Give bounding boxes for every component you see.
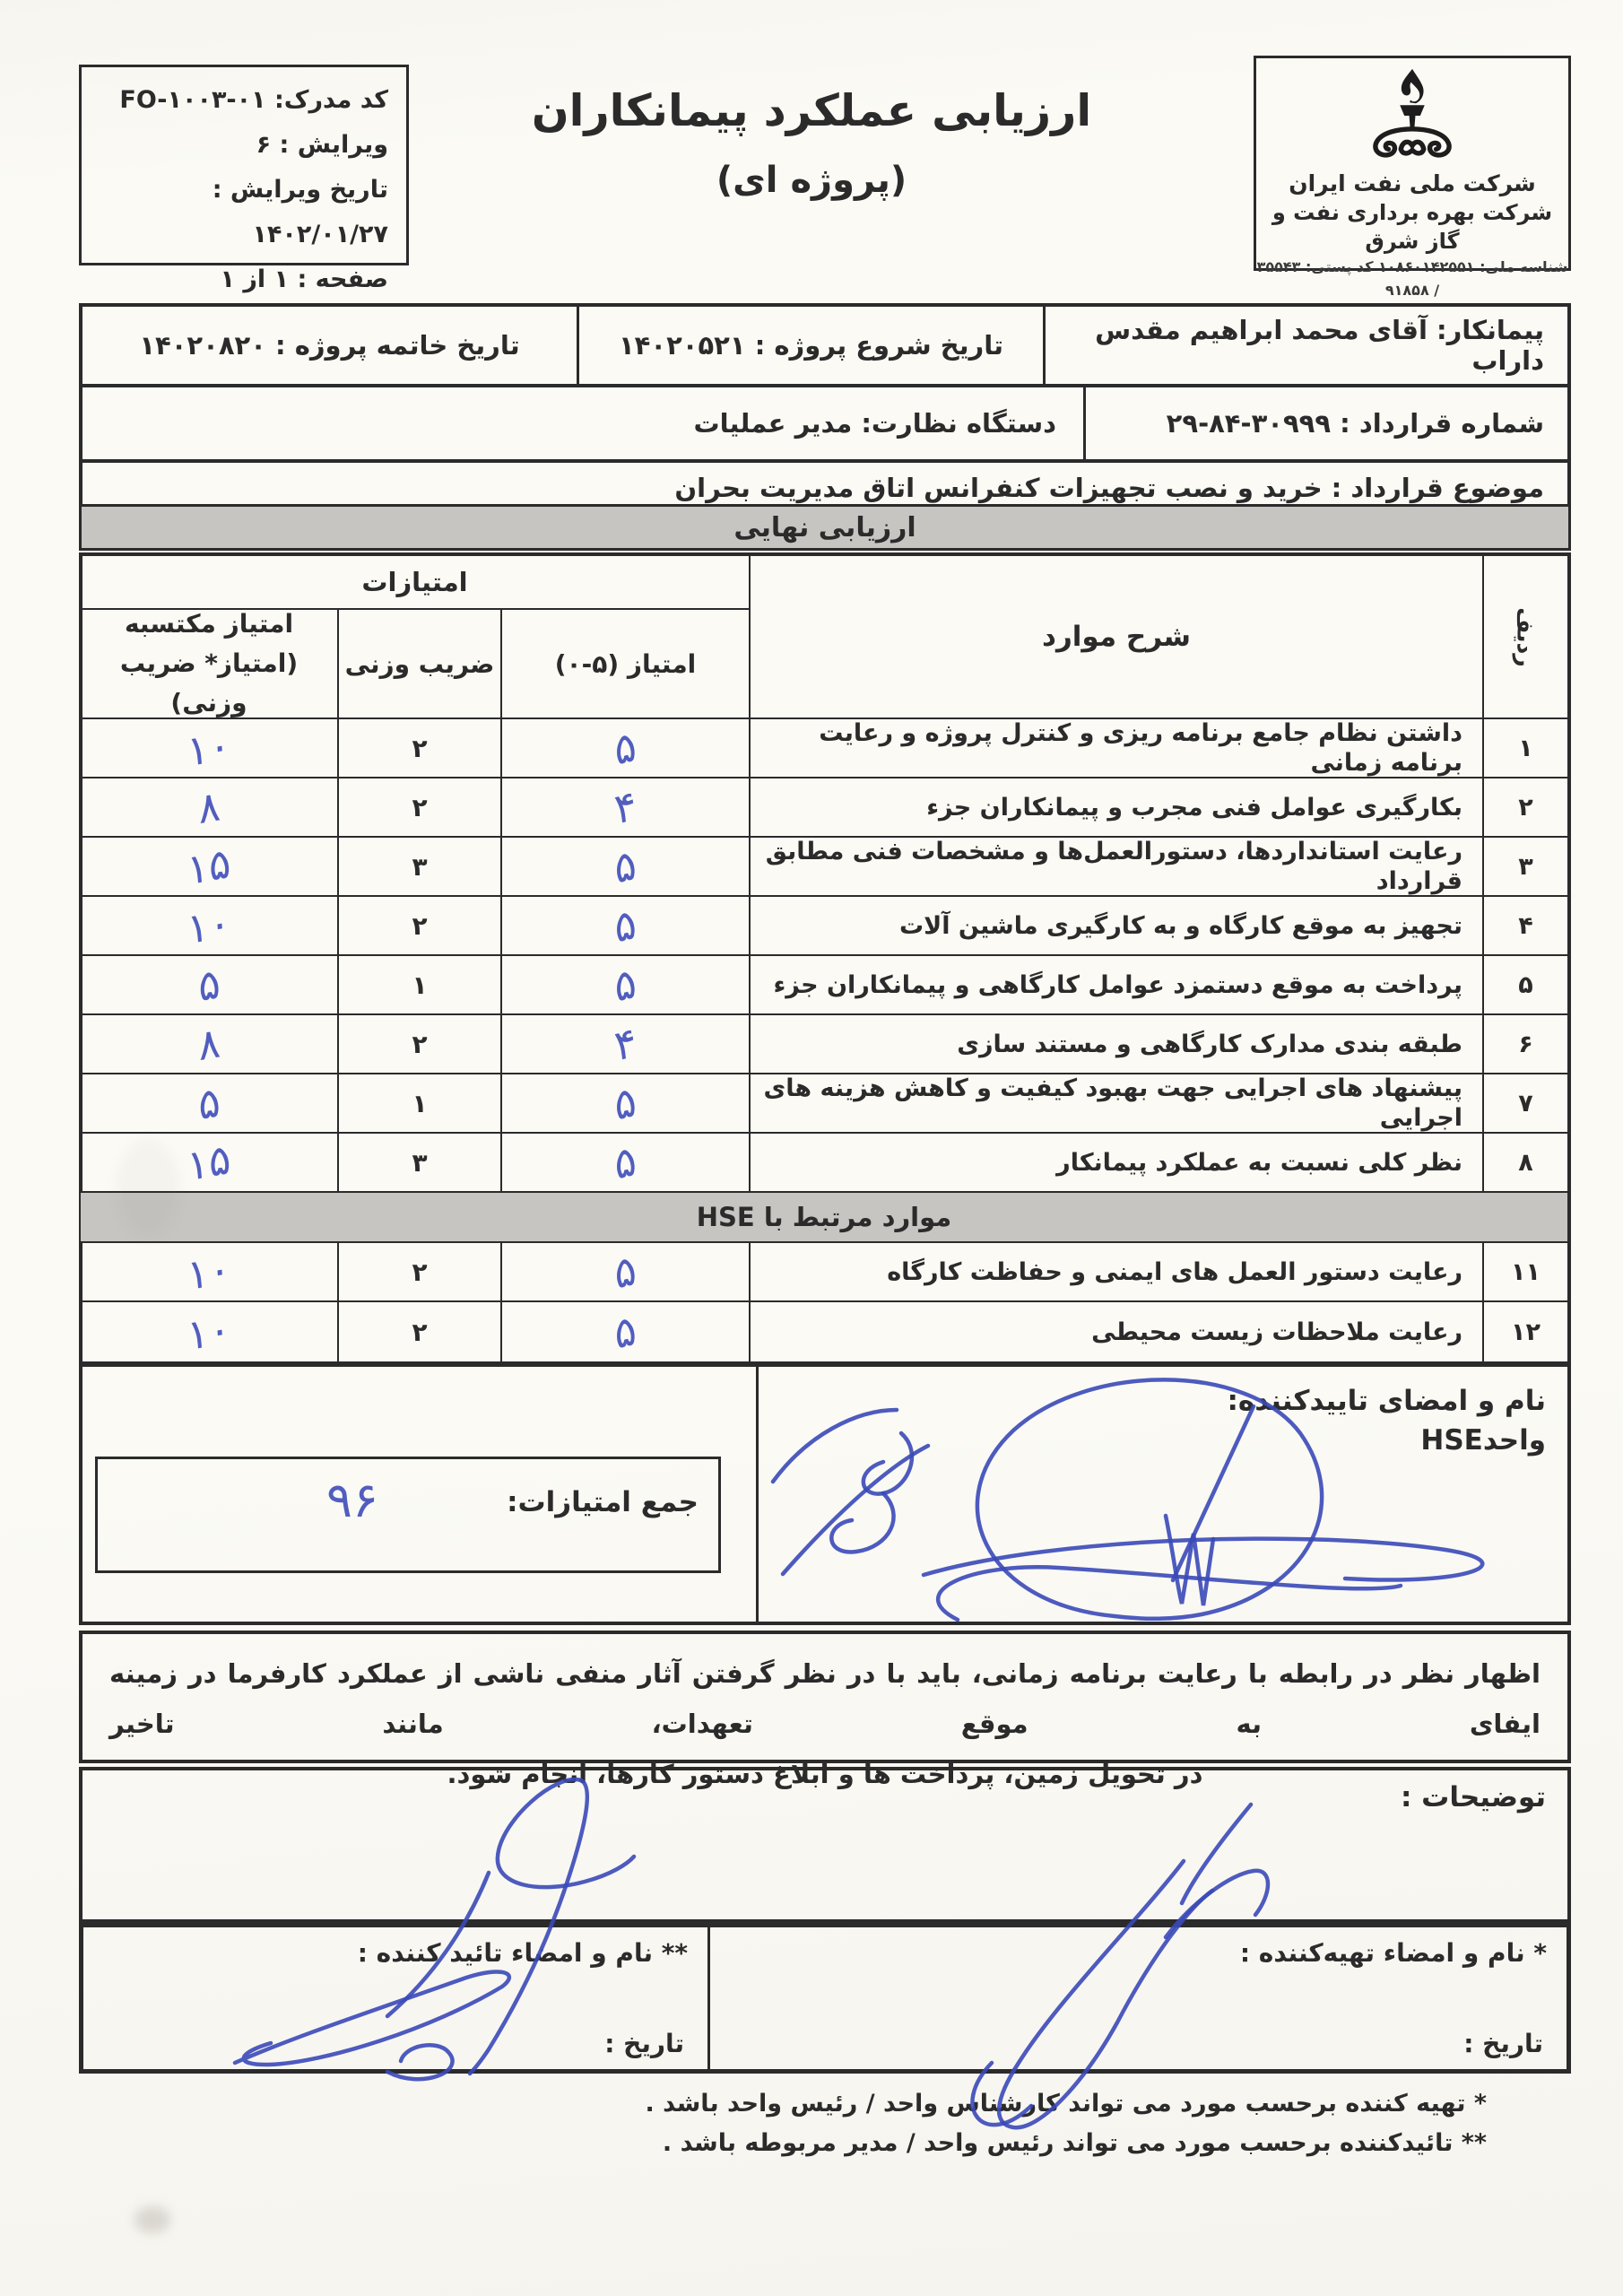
score-cell: ۵	[500, 1134, 749, 1193]
revision-line: ویرایش : ۶	[89, 123, 388, 168]
row-number: ۳	[1482, 838, 1567, 897]
handwritten-score: ۴	[612, 780, 639, 834]
score-cell: ۵	[500, 956, 749, 1015]
header-scores-group: امتیازات	[81, 556, 749, 610]
earned-cell: ۵	[81, 956, 337, 1015]
weight-value: ۲	[337, 897, 500, 956]
handwritten-earned-score: ۸	[196, 781, 221, 833]
scan-mark	[135, 2206, 170, 2233]
total-score-value: ۹۶	[326, 1472, 378, 1528]
note-line1: اظهار نظر در رابطه با رعایت برنامه زمانی…	[109, 1648, 1541, 1749]
score-cell: ۵	[500, 1074, 749, 1134]
contractor-evaluation-form: کد مدرک: FO-۱۰۰۳-۰۱ ویرایش : ۶ تاریخ ویر…	[0, 0, 1623, 2296]
score-cell: ۵	[500, 1243, 749, 1302]
preparer-label: * نام و امضاء تهیه‌کننده :	[730, 1938, 1547, 1968]
total-score-cell: جمع امتیازات: ۹۶	[82, 1367, 756, 1622]
row-description: رعایت ملاحظات زیست محیطی	[749, 1302, 1482, 1361]
handwritten-score: ۵	[612, 1305, 639, 1359]
row-description: طبقه بندی مدارک کارگاهی و مستند سازی	[749, 1015, 1482, 1074]
form-title: ارزیابی عملکرد پیمانکاران (پروژه ای)	[471, 85, 1152, 201]
doc-code-value: FO-۱۰۰۳-۰۱	[119, 78, 265, 123]
earned-cell: ۱۰	[81, 719, 337, 778]
handwritten-earned-score: ۱۵	[186, 839, 232, 895]
contract-info-row-2: شماره قرارداد : ۳۰۹۹۹-۸۴-۲۹ دستگاه نظارت…	[82, 384, 1567, 459]
final-evaluation-band: ارزیابی نهایی	[79, 504, 1571, 551]
header-score: امتیاز (۵-۰)	[500, 610, 749, 719]
row-description: پرداخت به موقع دستمزد عوامل کارگاهی و پی…	[749, 956, 1482, 1015]
score-cell: ۵	[500, 1302, 749, 1361]
row-number: ۶	[1482, 1015, 1567, 1074]
weight-value: ۱	[337, 1074, 500, 1134]
company-header-box: شرکت ملی نفت ایران شرکت بهره برداری نفت …	[1254, 56, 1571, 271]
project-end-date-field: تاریخ خاتمه پروژه : ۱۴۰۲۰۸۲۰	[82, 307, 577, 384]
handwritten-earned-score: ۱۰	[186, 898, 232, 954]
earned-cell: ۵	[81, 1074, 337, 1134]
row-number: ۴	[1482, 897, 1567, 956]
header-earned-score: امتیاز مکتسبه (امتیاز* ضریب وزنی)	[81, 610, 337, 719]
preparer-date-label: تاریخ :	[1463, 2029, 1543, 2058]
contract-number-field: شماره قرارداد : ۳۰۹۹۹-۸۴-۲۹	[1083, 387, 1567, 459]
row-description: نظر کلی نسبت به عملکرد پیمانکار	[749, 1134, 1482, 1193]
evaluation-table: ردیف شرح موارد امتیازات امتیاز (۵-۰) ضری…	[79, 552, 1571, 1365]
handwritten-score: ۴	[612, 1017, 639, 1071]
total-score-box: جمع امتیازات: ۹۶	[95, 1457, 721, 1573]
company-name-1: شرکت ملی نفت ایران	[1256, 170, 1568, 198]
form-title-line2: (پروژه ای)	[471, 160, 1152, 201]
approval-total-section: نام و امضای تاییدکننده: واحدHSE جمع امتی…	[79, 1363, 1571, 1625]
weight-value: ۲	[337, 1015, 500, 1074]
header-weight: ضریب وزنی	[337, 610, 500, 719]
supervision-unit-field: دستگاه نظارت: مدیر عملیات	[82, 387, 1083, 459]
handwritten-score: ۵	[612, 1076, 639, 1130]
handwritten-earned-score: ۱۰	[186, 1304, 232, 1361]
row-description: داشتن نظام جامع برنامه ریزی و کنترل پروژ…	[749, 719, 1482, 778]
score-cell: ۴	[500, 1015, 749, 1074]
preparer-cell: * نام و امضاء تهیه‌کننده : تاریخ :	[707, 1927, 1567, 2069]
weight-value: ۲	[337, 719, 500, 778]
total-score-label: جمع امتیازات:	[507, 1486, 699, 1518]
row-description: بکارگیری عوامل فنی مجرب و پیمانکاران جزء	[749, 778, 1482, 838]
confirmer-label: ** نام و امضاء تائید کننده :	[103, 1938, 688, 1968]
weight-value: ۳	[337, 838, 500, 897]
score-cell: ۵	[500, 838, 749, 897]
handwritten-earned-score: ۵	[196, 1077, 221, 1129]
header-earned-line1: امتیاز مکتسبه	[125, 604, 293, 644]
weight-value: ۲	[337, 778, 500, 838]
nioc-torch-logo-icon	[1359, 64, 1465, 170]
weight-value: ۲	[337, 1302, 500, 1361]
handwritten-score: ۵	[612, 721, 639, 775]
contract-info-row-1: پیمانکار: آقای محمد ابراهیم مقدس داراب ت…	[82, 307, 1567, 384]
doc-code-line: کد مدرک: FO-۱۰۰۳-۰۱	[89, 78, 388, 123]
footnote-preparer: * تهیه کننده برحسب مورد می تواند کارشناس…	[79, 2090, 1487, 2118]
earned-cell: ۸	[81, 1015, 337, 1074]
hse-band: موارد مرتبط با HSE	[81, 1193, 1567, 1243]
document-meta-box: کد مدرک: FO-۱۰۰۳-۰۱ ویرایش : ۶ تاریخ ویر…	[79, 65, 409, 265]
handwritten-score: ۵	[612, 958, 639, 1012]
score-cell: ۵	[500, 897, 749, 956]
handwritten-earned-score: ۱۰	[186, 1244, 232, 1300]
row-number: ۱۱	[1482, 1243, 1567, 1302]
weight-value: ۲	[337, 1243, 500, 1302]
row-number: ۱	[1482, 719, 1567, 778]
score-cell: ۵	[500, 719, 749, 778]
row-number: ۱۲	[1482, 1302, 1567, 1361]
handwritten-score: ۵	[612, 839, 639, 893]
scan-smudge	[117, 1139, 179, 1238]
handwritten-earned-score: ۸	[196, 1018, 221, 1070]
hse-approver-cell: نام و امضای تاییدکننده: واحدHSE	[756, 1367, 1567, 1622]
contract-info-table: پیمانکار: آقای محمد ابراهیم مقدس داراب ت…	[79, 303, 1571, 517]
company-name-2: شرکت بهره برداری نفت و گاز شرق	[1256, 198, 1568, 256]
footnote-confirmer: ** تائیدکننده برحسب مورد می تواند رئیس و…	[79, 2129, 1487, 2157]
contractor-field: پیمانکار: آقای محمد ابراهیم مقدس داراب	[1043, 307, 1567, 384]
row-description: رعایت استانداردها، دستورالعمل‌ها و مشخصا…	[749, 838, 1482, 897]
remarks-box: توضیحات :	[79, 1767, 1571, 1923]
approver-label: نام و امضای تاییدکننده:	[780, 1381, 1546, 1421]
handwritten-earned-score: ۱۵	[186, 1135, 232, 1191]
remarks-label: توضیحات :	[104, 1781, 1546, 1813]
weight-value: ۱	[337, 956, 500, 1015]
weight-value: ۳	[337, 1134, 500, 1193]
project-start-date-field: تاریخ شروع پروژه : ۱۴۰۲۰۵۲۱	[577, 307, 1043, 384]
row-number: ۷	[1482, 1074, 1567, 1134]
header-description: شرح موارد	[749, 556, 1482, 719]
earned-cell: ۱۰	[81, 1302, 337, 1361]
header-earned-line2: (امتیاز* ضریب وزنی)	[81, 644, 337, 723]
row-number: ۵	[1482, 956, 1567, 1015]
handwritten-earned-score: ۱۰	[186, 720, 232, 777]
row-number: ۲	[1482, 778, 1567, 838]
handwritten-score: ۵	[612, 1135, 639, 1189]
row-description: پیشنهاد های اجرایی جهت بهبود کیفیت و کاه…	[749, 1074, 1482, 1134]
approver-unit-label: واحدHSE	[780, 1421, 1546, 1460]
earned-cell: ۱۵	[81, 838, 337, 897]
earned-cell: ۸	[81, 778, 337, 838]
handwritten-score: ۵	[612, 1245, 639, 1299]
score-cell: ۴	[500, 778, 749, 838]
earned-cell: ۱۰	[81, 1243, 337, 1302]
company-registration-line: شناسه ملی: ۱۰۸۶۰۱۴۲۵۵۱ کد پستی: ۳۵۵۴۳ / …	[1256, 256, 1568, 302]
row-description: تجهیز به موقع کارگاه و به کارگیری ماشین …	[749, 897, 1482, 956]
form-title-line1: ارزیابی عملکرد پیمانکاران	[471, 85, 1152, 136]
row-description: رعایت دستور العمل های ایمنی و حفاظت کارگ…	[749, 1243, 1482, 1302]
header-row-number: ردیف	[1482, 556, 1567, 719]
confirmer-cell: ** نام و امضاء تائید کننده : تاریخ :	[83, 1927, 707, 2069]
signoff-section: * نام و امضاء تهیه‌کننده : تاریخ : ** نا…	[79, 1923, 1571, 2074]
handwritten-score: ۵	[612, 899, 639, 952]
schedule-note-box: اظهار نظر در رابطه با رعایت برنامه زمانی…	[79, 1631, 1571, 1763]
doc-code-label: کد مدرک:	[274, 86, 388, 114]
handwritten-earned-score: ۵	[196, 959, 221, 1011]
confirmer-date-label: تاریخ :	[604, 2029, 684, 2058]
revision-date-line: تاریخ ویرایش : ۱۴۰۲/۰۱/۲۷	[89, 168, 388, 257]
row-number: ۸	[1482, 1134, 1567, 1193]
page-number-line: صفحه : ۱ از ۱	[89, 257, 388, 302]
earned-cell: ۱۰	[81, 897, 337, 956]
